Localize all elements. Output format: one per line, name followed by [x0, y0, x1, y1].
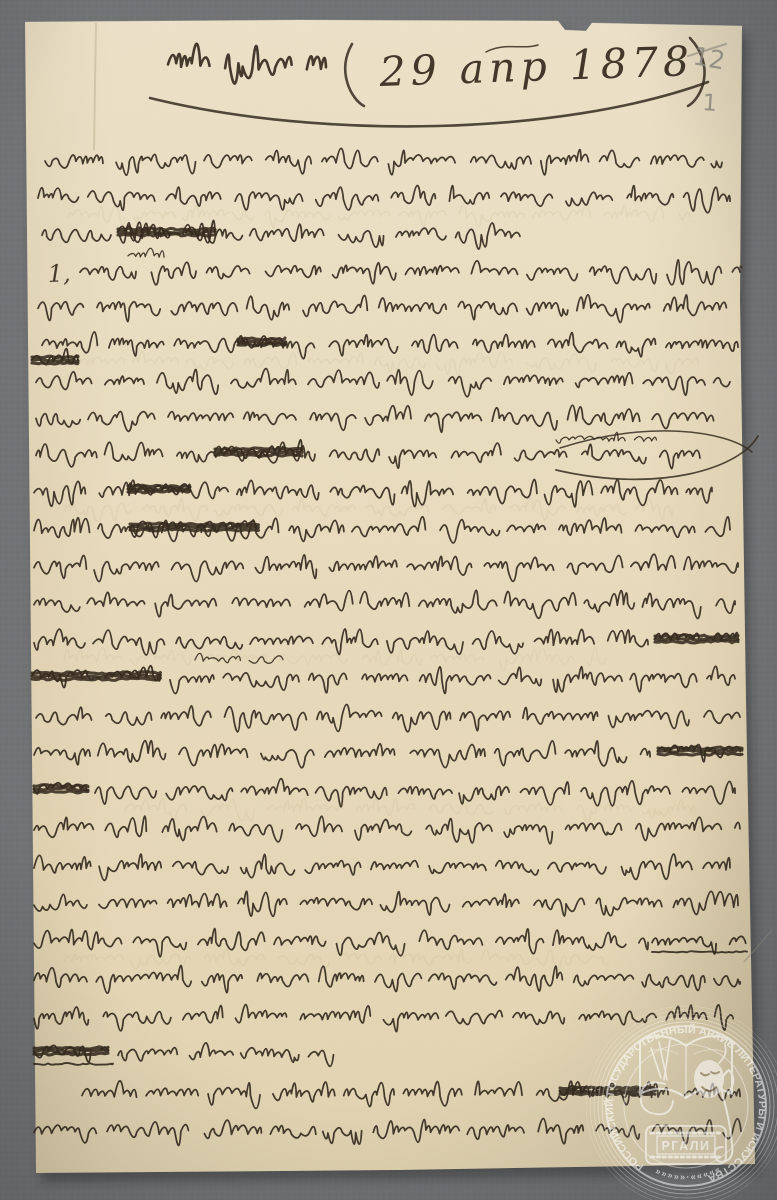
theater-mask-icon	[694, 1060, 724, 1098]
vignette	[0, 0, 777, 1200]
manuscript-photograph: 29 апр 1878 1, 12 1 РОССИЙСКИЙ ГОСУДАРСТ…	[0, 0, 777, 1200]
rgali-abbreviation: РГАЛИ	[661, 1139, 710, 1153]
letter-scan: 29 апр 1878 1, 12 1 РОССИЙСКИЙ ГОСУДАРСТ…	[0, 0, 777, 1200]
